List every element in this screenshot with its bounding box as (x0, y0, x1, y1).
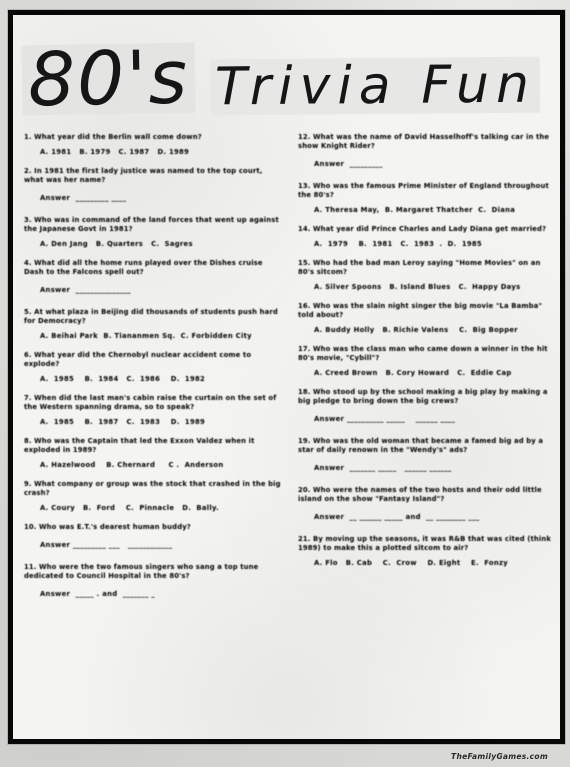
question-item: 9. What company or group was the stock t… (24, 480, 284, 513)
question-item: 19. Who was the old woman that became a … (298, 437, 558, 473)
question-text: 8. Who was the Captain that led the Exxo… (24, 437, 284, 455)
question-text: 4. What did all the home runs played ove… (24, 259, 284, 277)
question-options: A. Theresa May, B. Margaret Thatcher C. … (314, 206, 558, 215)
question-number: 16. (298, 302, 311, 310)
question-options: A. 1981 B. 1979 C. 1987 D. 1989 (40, 148, 284, 157)
question-body: What year did Prince Charles and Lady Di… (313, 225, 546, 233)
question-item: 12. What was the name of David Hasselhof… (298, 133, 558, 169)
question-number: 10. (24, 523, 37, 531)
question-text: 20. Who were the names of the two hosts … (298, 486, 558, 504)
question-text: 9. What company or group was the stock t… (24, 480, 284, 498)
question-text: 18. Who stood up by the school making a … (298, 388, 558, 406)
question-item: 16. Who was the slain night singer the b… (298, 302, 558, 335)
question-body: Who was E.T.'s dearest human buddy? (39, 523, 191, 531)
answer-blank-line: Answer _______________ (40, 286, 284, 295)
question-number: 8. (24, 437, 32, 445)
question-options: A. Hazelwood B. Chernard C . Anderson (40, 461, 284, 470)
question-item: 15. Who had the bad man Leroy saying "Ho… (298, 259, 558, 292)
question-number: 14. (298, 225, 311, 233)
left-column: 1. What year did the Berlin wall come do… (24, 133, 284, 751)
question-text: 10. Who was E.T.'s dearest human buddy? (24, 523, 284, 532)
question-number: 7. (24, 394, 32, 402)
answer-blank-line: Answer _____ . and _______ _ (40, 590, 284, 599)
question-options: A. Buddy Holly B. Richie Valens C. Big B… (314, 326, 558, 335)
question-item: 2. In 1981 the first lady justice was na… (24, 167, 284, 203)
question-options: A. Beihai Park B. Tiananmen Sq. C. Forbi… (40, 332, 284, 341)
answer-blank-line: Answer __ ______ _____ and __ ________ _… (314, 513, 558, 522)
question-text: 12. What was the name of David Hasselhof… (298, 133, 558, 151)
question-item: 5. At what plaza in Beijing did thousand… (24, 308, 284, 341)
answer-blank-line: Answer __________ _____ ______ ____ (314, 415, 558, 424)
question-options: A. Creed Brown B. Cory Howard C. Eddie C… (314, 369, 558, 378)
question-number: 4. (24, 259, 32, 267)
question-item: 14. What year did Prince Charles and Lad… (298, 225, 558, 249)
question-number: 21. (298, 535, 311, 543)
question-number: 15. (298, 259, 311, 267)
question-body: What was the name of David Hasselhoff's … (298, 133, 549, 150)
question-options: A. Den Jang B. Quarters C. Sagres (40, 240, 284, 249)
answer-blank-line: Answer _________ (314, 160, 558, 169)
question-body: Who was the class man who came down a wi… (298, 345, 548, 362)
question-item: 10. Who was E.T.'s dearest human buddy? … (24, 523, 284, 550)
question-options: A. 1985 B. 1987 C. 1983 D. 1989 (40, 418, 284, 427)
question-text: 5. At what plaza in Beijing did thousand… (24, 308, 284, 326)
question-body: What year did the Berlin wall come down? (34, 133, 202, 141)
question-body: When did the last man's cabin raise the … (24, 394, 276, 411)
question-text: 11. Who were the two famous singers who … (24, 563, 284, 581)
question-body: At what plaza in Beijing did thousands o… (24, 308, 278, 325)
title-trivia-fun-text: Trivia Fun (211, 57, 540, 116)
answer-blank-line: Answer _________ ___ ____________ (40, 541, 284, 550)
question-text: 19. Who was the old woman that became a … (298, 437, 558, 455)
question-item: 1. What year did the Berlin wall come do… (24, 133, 284, 157)
question-item: 21. By moving up the seasons, it was R&B… (298, 535, 558, 568)
question-number: 2. (24, 167, 32, 175)
question-options: A. 1985 B. 1984 C. 1986 D. 1982 (40, 375, 284, 384)
question-text: 13. Who was the famous Prime Minister of… (298, 182, 558, 200)
question-options: A. Flo B. Cab C. Crow D. Eight E. Fonzy (314, 559, 558, 568)
question-item: 4. What did all the home runs played ove… (24, 259, 284, 295)
question-number: 12. (298, 133, 311, 141)
question-body: In 1981 the first lady justice was named… (24, 167, 262, 184)
question-number: 6. (24, 351, 32, 359)
question-number: 17. (298, 345, 311, 353)
question-body: What company or group was the stock that… (24, 480, 281, 497)
question-body: Who stood up by the school making a big … (298, 388, 548, 405)
question-options: A. Coury B. Ford C. Pinnacle D. Bally. (40, 504, 284, 513)
answer-blank-line: Answer _______ _____ ______ ______ (314, 464, 558, 473)
question-number: 1. (24, 133, 32, 141)
question-item: 20. Who were the names of the two hosts … (298, 486, 558, 522)
question-body: Who was the slain night singer the big m… (298, 302, 542, 319)
question-text: 17. Who was the class man who came down … (298, 345, 558, 363)
question-item: 11. Who were the two famous singers who … (24, 563, 284, 599)
question-columns: 1. What year did the Berlin wall come do… (24, 133, 558, 751)
question-body: What did all the home runs played over t… (24, 259, 263, 276)
question-number: 5. (24, 308, 32, 316)
question-body: Who was the Captain that led the Exxon V… (24, 437, 255, 454)
question-item: 6. What year did the Chernobyl nuclear a… (24, 351, 284, 384)
question-body: Who was the old woman that became a fame… (298, 437, 543, 454)
question-text: 2. In 1981 the first lady justice was na… (24, 167, 284, 185)
question-body: Who were the names of the two hosts and … (298, 486, 542, 503)
question-item: 8. Who was the Captain that led the Exxo… (24, 437, 284, 470)
scanned-worksheet-background: 80's Trivia Fun 1. What year did the Ber… (0, 0, 570, 767)
question-item: 13. Who was the famous Prime Minister of… (298, 182, 558, 215)
question-body: Who was in command of the land forces th… (24, 216, 279, 233)
question-text: 21. By moving up the seasons, it was R&B… (298, 535, 558, 553)
title-80s-text: 80's (21, 42, 195, 115)
question-item: 17. Who was the class man who came down … (298, 345, 558, 378)
question-item: 3. Who was in command of the land forces… (24, 216, 284, 249)
question-number: 9. (24, 480, 32, 488)
question-options: A. 1979 B. 1981 C. 1983 . D. 1985 (314, 240, 558, 249)
question-number: 13. (298, 182, 311, 190)
question-body: What year did the Chernobyl nuclear acci… (24, 351, 251, 368)
question-body: Who had the bad man Leroy saying "Home M… (298, 259, 541, 276)
question-text: 7. When did the last man's cabin raise t… (24, 394, 284, 412)
question-number: 20. (298, 486, 311, 494)
question-item: 18. Who stood up by the school making a … (298, 388, 558, 424)
watermark-text: TheFamilyGames.com (451, 752, 548, 761)
question-text: 3. Who was in command of the land forces… (24, 216, 284, 234)
question-number: 19. (298, 437, 311, 445)
question-text: 15. Who had the bad man Leroy saying "Ho… (298, 259, 558, 277)
question-number: 18. (298, 388, 311, 396)
question-options: A. Silver Spoons B. Island Blues C. Happ… (314, 283, 558, 292)
question-text: 6. What year did the Chernobyl nuclear a… (24, 351, 284, 369)
question-body: By moving up the seasons, it was R&B tha… (298, 535, 551, 552)
question-body: Who were the two famous singers who sang… (24, 563, 258, 580)
question-number: 3. (24, 216, 32, 224)
question-text: 16. Who was the slain night singer the b… (298, 302, 558, 320)
answer-blank-line: Answer _________ ____ (40, 194, 284, 203)
page-title: 80's Trivia Fun (22, 30, 552, 114)
question-text: 1. What year did the Berlin wall come do… (24, 133, 284, 142)
question-text: 14. What year did Prince Charles and Lad… (298, 225, 558, 234)
question-item: 7. When did the last man's cabin raise t… (24, 394, 284, 427)
question-number: 11. (24, 563, 37, 571)
question-body: Who was the famous Prime Minister of Eng… (298, 182, 549, 199)
right-column: 12. What was the name of David Hasselhof… (298, 133, 558, 751)
